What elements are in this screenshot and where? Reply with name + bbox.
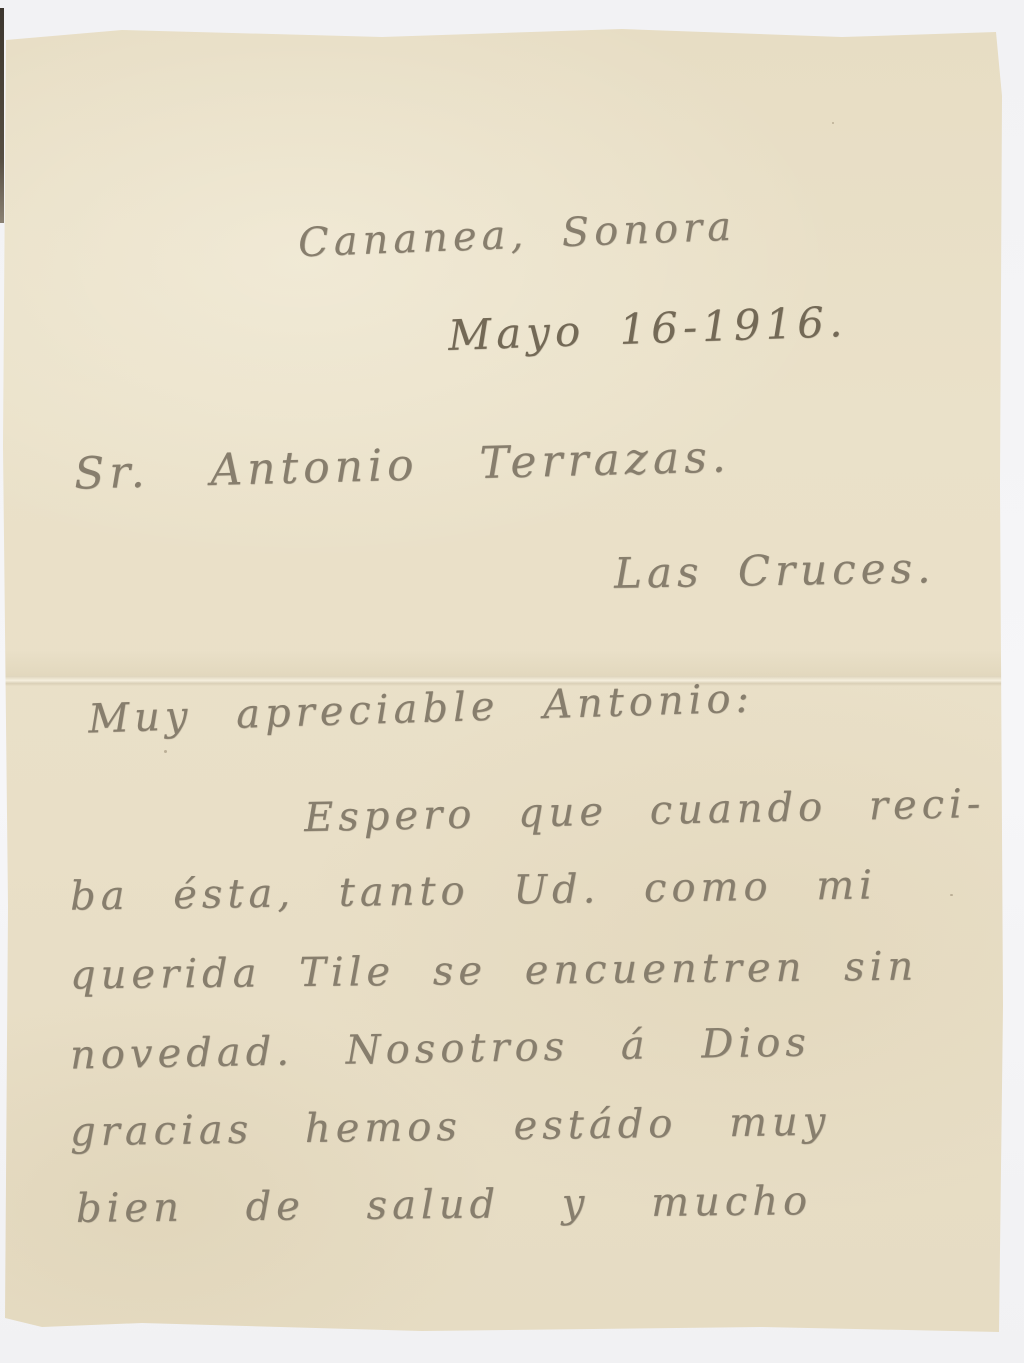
- body-line: Espero que cuando reci-: [304, 781, 986, 841]
- paper-speck: [164, 750, 167, 753]
- body-line: gracias hemos estádo muy: [70, 1099, 831, 1156]
- recipient-place: Las Cruces.: [614, 543, 936, 598]
- body-line: querida Tile se encuentren sin: [70, 944, 919, 999]
- paper-speck: [950, 894, 953, 896]
- letter-page: Cananea, Sonora Mayo 16-1916. Sr. Antoni…: [2, 26, 1004, 1336]
- body-line: bien de salud y mucho: [76, 1178, 812, 1232]
- dateline-date: Mayo 16-1916.: [447, 297, 848, 360]
- body-line: novedad. Nosotros á Dios: [70, 1020, 812, 1079]
- recipient-name: Sr. Antonio Terrazas.: [73, 431, 731, 499]
- underlying-page-edge: [0, 8, 4, 223]
- body-line: ba ésta, tanto Ud. como mi: [70, 862, 878, 919]
- fold-crease-shadow: [2, 650, 1004, 676]
- paper-speck: [832, 122, 834, 124]
- dateline-place: Cananea, Sonora: [297, 204, 737, 267]
- scanner-background: Cananea, Sonora Mayo 16-1916. Sr. Antoni…: [0, 0, 1024, 1363]
